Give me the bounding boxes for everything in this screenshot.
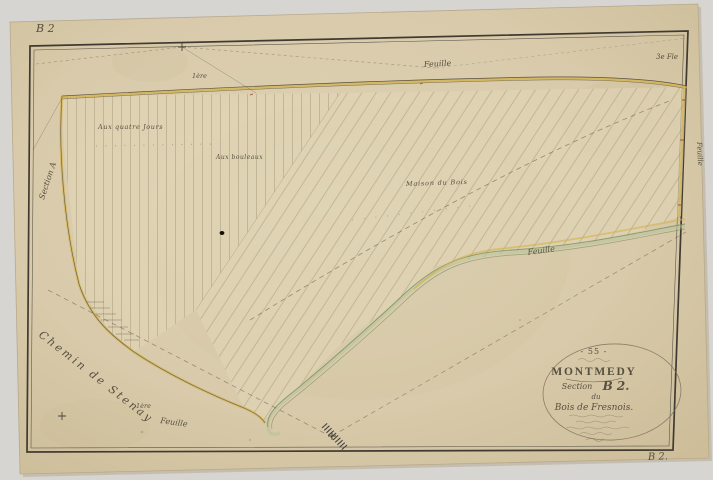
sheet-ref-top: Feuille xyxy=(423,59,452,69)
cartouche-section-word: Section xyxy=(562,382,592,391)
map-canvas: B 2 B 2. 1ère Feuille 3e Fle Feuille Feu… xyxy=(0,0,713,480)
cartouche-commune: MONTMEDY xyxy=(551,366,636,378)
cartouche-section-id: B 2. xyxy=(602,379,630,393)
sheet-ref-top-ordinal: 1ère xyxy=(192,72,207,80)
scanned-cadastral-map: B 2 B 2. 1ère Feuille 3e Fle Feuille Feu… xyxy=(0,0,713,480)
cartouche-territory: Bois de Fresnois. xyxy=(554,403,634,413)
sheet-ref-right: Feuille xyxy=(695,141,704,166)
ink-blot xyxy=(220,231,225,235)
cartouche-preposition: du xyxy=(592,393,601,401)
corner-label-bottom-right: B 2. xyxy=(647,451,668,463)
lieu-dit-n: Aux bouleaux xyxy=(215,154,263,161)
corner-label-top-left: B 2 xyxy=(35,22,55,35)
lieu-dit-nw: Aux quatre Jours xyxy=(97,123,163,131)
sheet-ref-top-right: 3e Fle xyxy=(656,53,678,61)
cartouche-plan-number: - 55 - xyxy=(581,347,608,356)
